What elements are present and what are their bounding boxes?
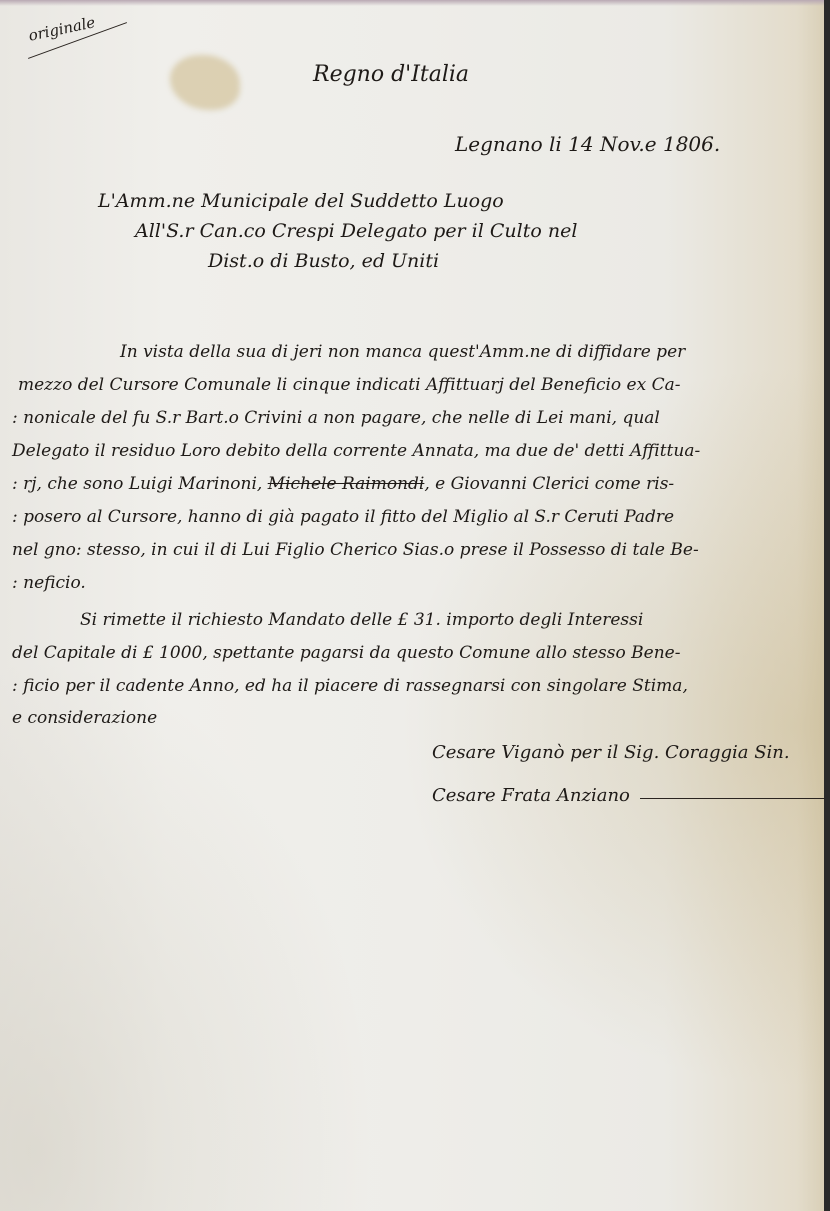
address-line-2: All'S.r Can.co Crespi Delegato per il Cu…	[135, 220, 577, 242]
signature-1: Cesare Viganò per il Sig. Coraggia Sin.	[432, 742, 790, 763]
signature-flourish	[640, 798, 825, 799]
body-line: In vista della sua di jeri non manca que…	[120, 342, 685, 362]
body-line-closing: e considerazione	[12, 708, 157, 728]
originale-annotation: originale	[27, 13, 97, 45]
body-line: : posero al Cursore, hanno di già pagato…	[12, 507, 674, 527]
body-line: del Capitale di £ 1000, spettante pagars…	[12, 643, 680, 663]
signature-2: Cesare Frata Anziano	[432, 785, 630, 806]
body-line-with-strikethrough: : rj, che sono Luigi Marinoni, Michele R…	[12, 474, 674, 494]
water-stain	[170, 55, 240, 110]
body-line: : nonicale del fu S.r Bart.o Crivini a n…	[12, 408, 660, 428]
body-line: mezzo del Cursore Comunale li cinque ind…	[18, 375, 681, 395]
manuscript-page: originale Regno d'Italia Legnano li 14 N…	[0, 0, 830, 1211]
body-line: Delegato il residuo Loro debito della co…	[12, 441, 700, 461]
page-top-edge	[0, 0, 830, 6]
body-line: : ficio per il cadente Anno, ed ha il pi…	[12, 676, 688, 696]
dateline: Legnano li 14 Nov.e 1806.	[455, 132, 720, 156]
address-line-1: L'Amm.ne Municipale del Suddetto Luogo	[98, 190, 504, 212]
body-line: : neficio.	[12, 573, 86, 593]
body-line: nel gno: stesso, in cui il di Lui Figlio…	[12, 540, 699, 560]
letterhead-heading: Regno d'Italia	[313, 62, 469, 87]
page-right-edge	[824, 0, 830, 1211]
address-line-3: Dist.o di Busto, ed Uniti	[208, 250, 439, 272]
struck-text: Michele Raimondi	[268, 474, 425, 494]
body-line: Si rimette il richiesto Mandato delle £ …	[80, 610, 643, 630]
